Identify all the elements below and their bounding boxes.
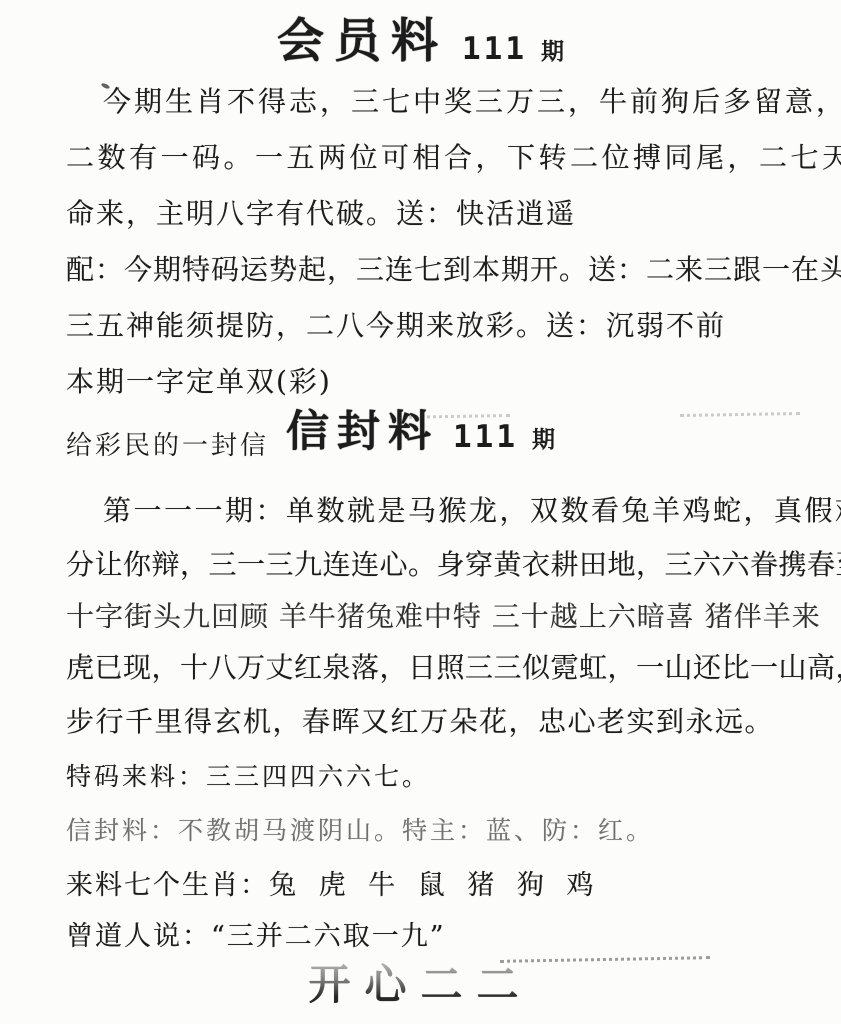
envelope-issue-number: 111: [453, 419, 518, 459]
member-issue-number: 111: [462, 31, 527, 71]
member-issue-suffix: 期: [541, 33, 564, 71]
envelope-section-header: 信封料 111 期: [0, 398, 841, 459]
member-text-line: 本期一字定单双(彩): [66, 360, 332, 400]
member-text-line: 配：今期特码运势起，三连七到本期开。送：二来三跟一在头。: [66, 248, 841, 288]
member-text-line: 命来，主明八字有代破。送：快活逍遥: [66, 192, 576, 232]
zodiac-line: 来料七个生肖：兔 虎 牛 鼠 猪 狗 鸡: [66, 863, 596, 902]
envelope-text-line-clipped: 十字街头九回顾 羊牛猪兔难中特 三十越上六暗喜 猪伴羊来: [66, 595, 821, 628]
member-text-line: 今期生肖不得志，三七中奖三万三，牛前狗后多留意，属金: [103, 80, 841, 120]
envelope-text-line: 第一一一期：单数就是马猴龙，双数看兔羊鸡蛇，真假难: [103, 489, 841, 529]
master-quote-line: 曾道人说：“三并二六取一九”: [66, 914, 446, 953]
envelope-text-line: 分让你辩，三一三九连连心。身穿黄衣耕田地，三六六眷携春至，: [66, 543, 841, 583]
envelope-text-line: 虎已现，十八万丈红泉落，日照三三似霓虹，一山还比一山高，: [66, 646, 841, 686]
member-text-line: 二数有一码。一五两位可相合，下转二位搏同尾，二七天生定: [66, 136, 841, 176]
member-section-header: 会员料 111 期: [0, 4, 841, 71]
envelope-issue-suffix: 期: [532, 421, 555, 459]
scanned-lottery-sheet: 会员料 111 期 今期生肖不得志，三七中奖三万三，牛前狗后多留意，属金 二数有…: [0, 0, 841, 1024]
special-code-line: 特码来料：三三四四六六七。: [66, 757, 430, 793]
member-text-line: 三五神能须提防，二八今期来放彩。送：沉弱不前: [66, 304, 726, 344]
member-title: 会员料: [277, 4, 448, 71]
envelope-title: 信封料: [286, 398, 439, 459]
footer-text: 开心二二: [0, 952, 841, 1012]
envelope-hint-line: 信封料：不教胡马渡阴山。特主：蓝、防：红。: [66, 811, 654, 847]
envelope-text-line: 步行千里得玄机，春晖又红万朵花，忠心老实到永远。: [66, 700, 774, 740]
